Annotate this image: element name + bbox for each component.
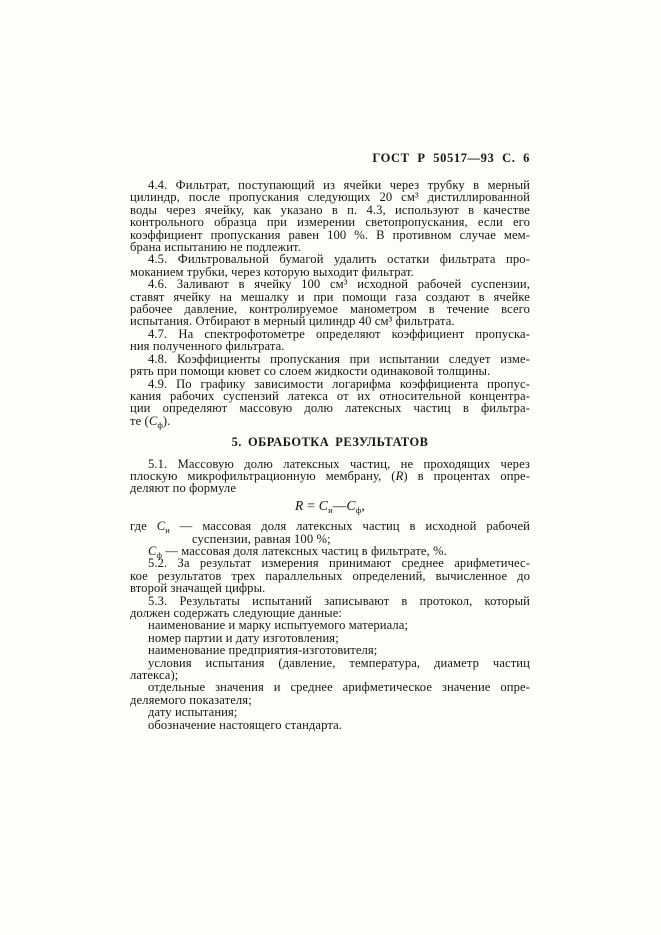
text-line: R = Си—Сф,: [130, 500, 530, 512]
text-line: наименование предприятия-изготовителя;: [130, 644, 530, 656]
protocol-item-manufacturer: наименование предприятия-изготовителя;: [130, 644, 530, 656]
section-5-heading: 5. ОБРАБОТКА РЕЗУЛЬТАТОВ: [130, 436, 530, 448]
page-header: ГОСТ Р 50517—93 С. 6: [130, 151, 530, 165]
protocol-item-conditions: условия испытания (давление, температура…: [130, 657, 530, 682]
text-line: цилиндр, после пропускания следующих 20 …: [130, 191, 530, 203]
definition-c-i: где Си — массовая доля латексных частиц …: [130, 520, 530, 545]
document-body: 4.4. Фильтрат, поступающий из ячейки чер…: [130, 179, 530, 731]
text-column: ГОСТ Р 50517—93 С. 6 4.4. Фильтрат, пост…: [130, 151, 530, 731]
paragraph-4-4: 4.4. Фильтрат, поступающий из ячейки чер…: [130, 179, 530, 253]
text-line: дату испытания;: [130, 706, 530, 718]
text-line: рять при помощи кювет со слоем жидкости …: [130, 365, 530, 377]
paragraph-5-3: 5.3. Результаты испытаний записывают в п…: [130, 595, 530, 620]
text-line: где Си — массовая доля латексных частиц …: [130, 520, 530, 532]
protocol-item-material: наименование и марку испытуемого материа…: [130, 619, 530, 631]
paragraph-4-7: 4.7. На спектрофотометре определяют коэф…: [130, 328, 530, 353]
text-line: условия испытания (давление, температура…: [130, 657, 530, 669]
paragraph-4-6: 4.6. Заливают в ячейку 100 см³ исходной …: [130, 278, 530, 328]
protocol-item-standard: обозначение настоящего стандарта.: [130, 719, 530, 731]
text-line: 5. ОБРАБОТКА РЕЗУЛЬТАТОВ: [130, 436, 530, 448]
text-line: наименование и марку испытуемого материа…: [130, 619, 530, 631]
document-page: ГОСТ Р 50517—93 С. 6 4.4. Фильтрат, пост…: [0, 0, 661, 935]
protocol-item-date: дату испытания;: [130, 706, 530, 718]
text-line: 5.2. За результат измерения принимают ср…: [130, 557, 530, 569]
paragraph-4-9: 4.9. По графику зависимости логарифма ко…: [130, 378, 530, 428]
protocol-item-values: отдельные значения и среднее арифметичес…: [130, 681, 530, 706]
text-line: второй значащей цифры.: [130, 582, 530, 594]
paragraph-5-1: 5.1. Массовую долю латексных частиц, не …: [130, 458, 530, 495]
text-line: обозначение настоящего стандарта.: [130, 719, 530, 731]
text-line: те (Сф).: [130, 415, 530, 427]
text-line: испытания. Отбирают в мерный цилиндр 40 …: [130, 315, 530, 327]
text-line: ния полученного фильтрата.: [130, 340, 530, 352]
paragraph-4-8: 4.8. Коэффициенты пропускания при испыта…: [130, 353, 530, 378]
text-line: 4.5. Фильтровальной бумагой удалить оста…: [130, 253, 530, 265]
text-line: ции определяют массовую долю латексных ч…: [130, 402, 530, 414]
text-line: отдельные значения и среднее арифметичес…: [130, 681, 530, 693]
paragraph-5-2: 5.2. За результат измерения принимают ср…: [130, 557, 530, 594]
text-line: контрольного образца при измерении свето…: [130, 216, 530, 228]
text-line: 4.6. Заливают в ячейку 100 см³ исходной …: [130, 278, 530, 290]
paragraph-4-5: 4.5. Фильтровальной бумагой удалить оста…: [130, 253, 530, 278]
text-line: деляют по формуле: [130, 482, 530, 494]
formula-r: R = Си—Сф,: [130, 500, 530, 512]
